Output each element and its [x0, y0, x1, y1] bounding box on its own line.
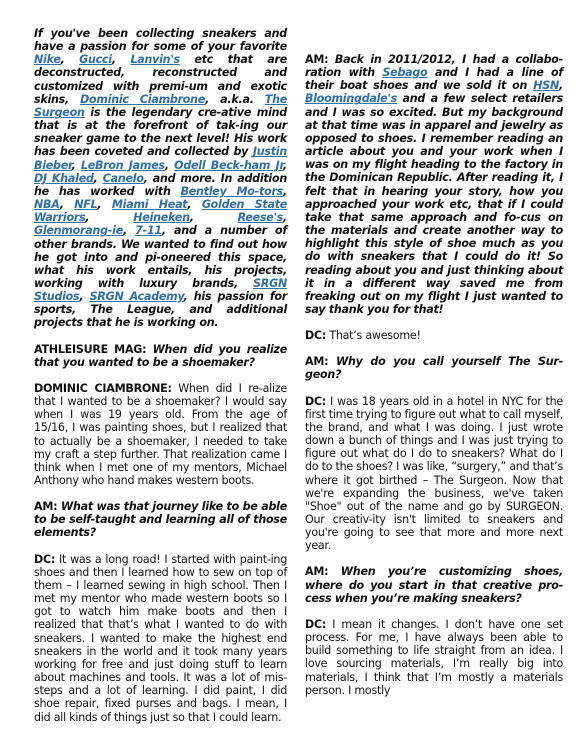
link-miami-heat[interactable]: Miami Heat [112, 198, 188, 211]
link-srgn-academy[interactable]: SRGN Academy [90, 290, 184, 303]
intro-paragraph: If you've been collecting sneakers and h… [34, 27, 287, 330]
question-4: AM: Why do you call yourself The Sur-geo… [305, 355, 563, 381]
question-2: AM: What was that journey like to be abl… [34, 500, 287, 539]
answer-2: DC: It was a long road! I started with p… [34, 553, 287, 724]
link-odell-beckham[interactable]: Odell Beck-ham Jr [174, 159, 283, 172]
question-5: AM: When you’re customizing shoes, where… [305, 565, 563, 604]
link-heineken[interactable]: Heineken [133, 211, 189, 224]
link-glenmorangie[interactable]: Glenmorang-ie [34, 224, 123, 237]
link-nba[interactable]: NBA [34, 198, 60, 211]
link-nike[interactable]: Nike [34, 53, 61, 66]
link-canelo[interactable]: Canelo [103, 172, 144, 185]
link-dominic-ciambrone[interactable]: Dominic Ciambrone [80, 93, 205, 106]
link-reeses[interactable]: Reese's [238, 211, 283, 224]
link-dj-khaled[interactable]: DJ Khaled [34, 172, 94, 185]
question-3: AM: Back in 2011/2012, I had a collabo-r… [305, 53, 563, 316]
link-gucci[interactable]: Gucci [79, 53, 112, 66]
link-nfl[interactable]: NFL [74, 198, 97, 211]
link-bloomingdales[interactable]: Bloomingdale's [305, 92, 397, 105]
answer-1: DOMINIC CIAMBRONE: When did I re-alize t… [34, 382, 287, 487]
link-lanvin[interactable]: Lanvin's [130, 53, 179, 66]
link-sebago[interactable]: Sebago [382, 66, 427, 79]
link-lebron-james[interactable]: LeBron James [81, 159, 165, 172]
answer-5: DC: I mean it changes. I don’t have one … [305, 618, 563, 697]
link-7-11[interactable]: 7-11 [135, 224, 162, 237]
right-column: AM: Back in 2011/2012, I had a collabo-r… [305, 27, 563, 710]
left-column: If you've been collecting sneakers and h… [34, 27, 287, 724]
question-1: ATHLEISURE MAG: When did you realize tha… [34, 343, 287, 369]
link-bentley-motors[interactable]: Bentley Mo-tors [181, 185, 283, 198]
answer-4: DC: I was 18 years old in a hotel in NYC… [305, 395, 563, 553]
answer-3: DC: That’s awesome! [305, 329, 563, 342]
link-hsn[interactable]: HSN [533, 79, 559, 92]
